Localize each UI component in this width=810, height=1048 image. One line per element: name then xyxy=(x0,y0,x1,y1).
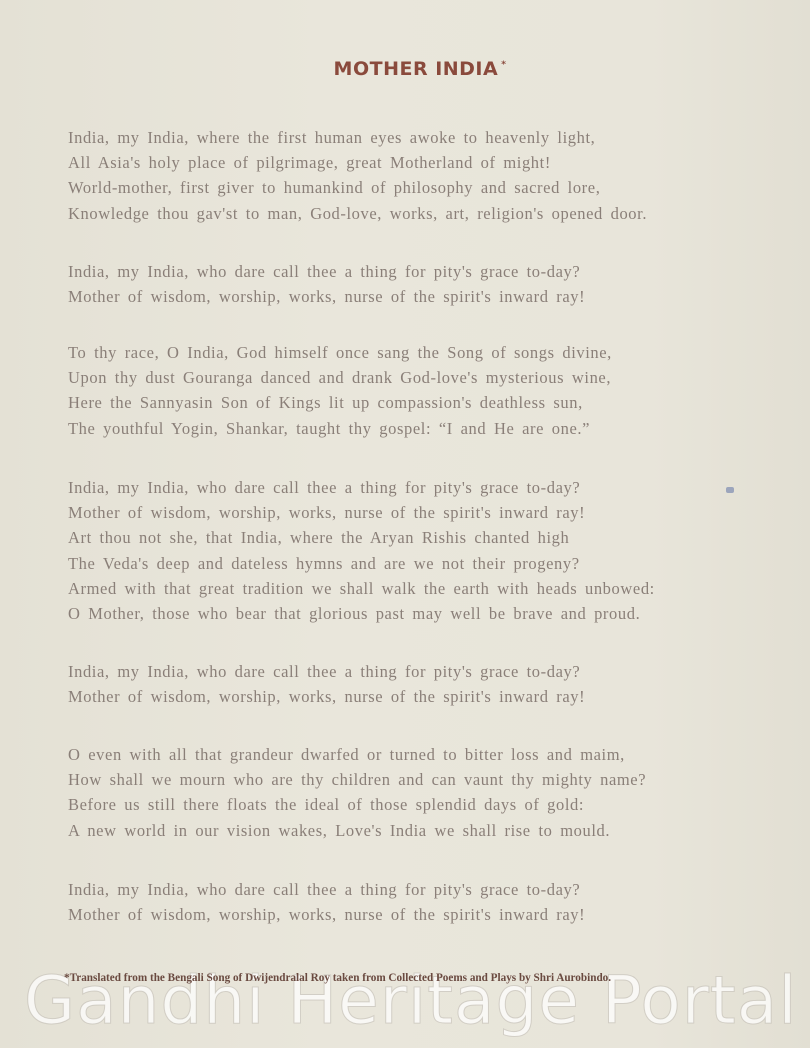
stanza: O even with all that grandeur dwarfed or… xyxy=(68,742,646,843)
poem-line: Knowledge thou gav'st to man, God-love, … xyxy=(68,201,647,226)
poem-line: Here the Sannyasin Son of Kings lit up c… xyxy=(68,390,612,415)
poem-line: All Asia's holy place of pilgrimage, gre… xyxy=(68,150,647,175)
poem-line: India, my India, who dare call thee a th… xyxy=(68,259,585,284)
poem-line: Mother of wisdom, worship, works, nurse … xyxy=(68,284,585,309)
poem-line: World-mother, first giver to humankind o… xyxy=(68,175,647,200)
poem-line: A new world in our vision wakes, Love's … xyxy=(68,818,646,843)
poem-line: The Veda's deep and dateless hymns and a… xyxy=(68,551,655,576)
poem-line: India, my India, who dare call thee a th… xyxy=(68,659,585,684)
ink-smudge xyxy=(726,487,734,493)
stanza: To thy race, O India, God himself once s… xyxy=(68,340,612,441)
poem-line: To thy race, O India, God himself once s… xyxy=(68,340,612,365)
stanza: India, my India, who dare call thee a th… xyxy=(68,659,585,709)
poem-line: The youthful Yogin, Shankar, taught thy … xyxy=(68,416,612,441)
poem-line: Art thou not she, that India, where the … xyxy=(68,525,655,550)
poem-line: Mother of wisdom, worship, works, nurse … xyxy=(68,684,585,709)
poem-line: India, my India, where the first human e… xyxy=(68,125,647,150)
poem-line: O Mother, those who bear that glorious p… xyxy=(68,601,655,626)
poem-line: India, my India, who dare call thee a th… xyxy=(68,475,655,500)
poem-line: Before us still there floats the ideal o… xyxy=(68,792,646,817)
poem-line: Upon thy dust Gouranga danced and drank … xyxy=(68,365,612,390)
stanza: India, my India, who dare call thee a th… xyxy=(68,877,585,927)
stanza: India, my India, where the first human e… xyxy=(68,125,647,226)
poem-line: India, my India, who dare call thee a th… xyxy=(68,877,585,902)
footnote-marker: * xyxy=(501,60,506,70)
poem-line: Mother of wisdom, worship, works, nurse … xyxy=(68,500,655,525)
footnote: *Translated from the Bengali Song of Dwi… xyxy=(64,972,611,984)
poem-title: MOTHER INDIA* xyxy=(0,58,810,80)
poem-line: How shall we mourn who are thy children … xyxy=(68,767,646,792)
stanza: India, my India, who dare call thee a th… xyxy=(68,475,655,626)
stanza: India, my India, who dare call thee a th… xyxy=(68,259,585,309)
poem-line: Armed with that great tradition we shall… xyxy=(68,576,655,601)
poem-line: Mother of wisdom, worship, works, nurse … xyxy=(68,902,585,927)
poem-line: O even with all that grandeur dwarfed or… xyxy=(68,742,646,767)
document-page: MOTHER INDIA* India, my India, where the… xyxy=(0,0,810,1048)
poem-title-text: MOTHER INDIA xyxy=(334,58,499,80)
